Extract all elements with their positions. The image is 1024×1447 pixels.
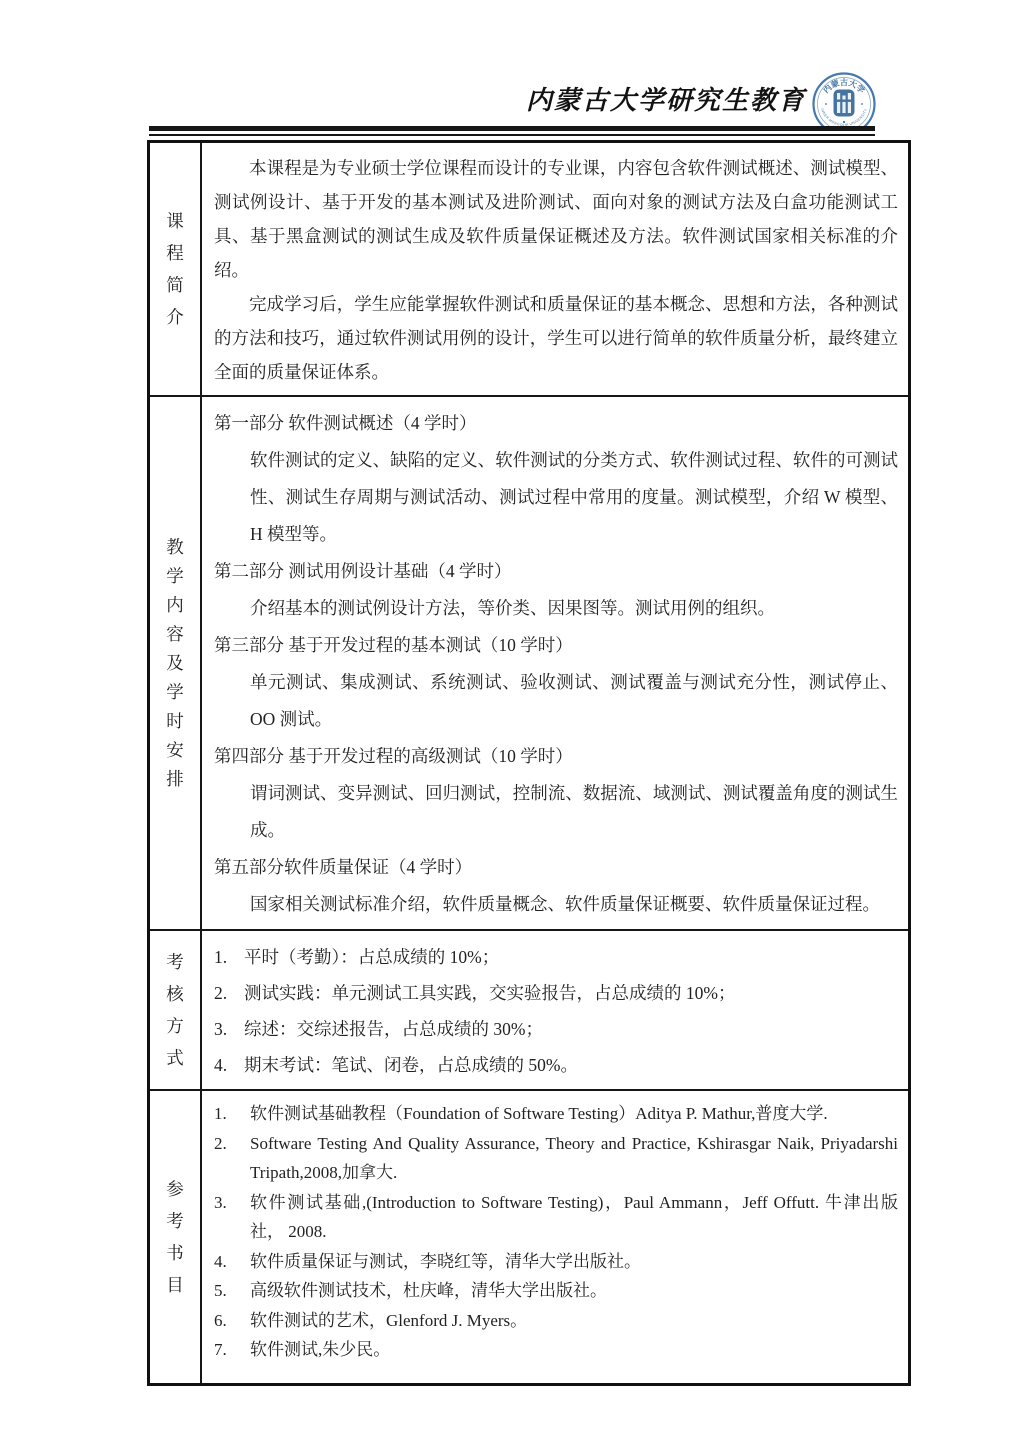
reference-item: 6. 软件测试的艺术，Glenford J. Myers。 [214,1306,898,1336]
section-heading: 第二部分 测试用例设计基础（4 学时） [214,553,898,590]
item-number: 2. [214,1129,250,1159]
reference-item: 3. 软件测试基础,(Introduction to Software Test… [214,1188,898,1247]
row-label-cell-assessment: 考核方式 [149,930,202,1090]
header-divider [149,126,875,136]
syllabus-table: 课程简介 本课程是为专业硕士学位课程而设计的专业课，内容包含软件测试概述、测试模… [147,140,911,1386]
section-heading: 第四部分 基于开发过程的高级测试（10 学时） [214,738,898,775]
course-intro-content: 本课程是为专业硕士学位课程而设计的专业课，内容包含软件测试概述、测试模型、测试例… [201,142,910,397]
item-text: 软件测试,朱少民。 [250,1335,898,1365]
row-label-course-intro: 课程简介 [164,205,186,333]
item-text: 高级软件测试技术，杜庆峰，清华大学出版社。 [250,1276,898,1306]
table-row-course-intro: 课程简介 本课程是为专业硕士学位课程而设计的专业课，内容包含软件测试概述、测试模… [149,142,910,397]
section-heading: 第一部分 软件测试概述（4 学时） [214,405,898,442]
assessment-content: 1. 平时（考勤）：占总成绩的 10%； 2. 测试实践：单元测试工具实践，交实… [201,930,910,1090]
section-body: 单元测试、集成测试、系统测试、验收测试、测试覆盖与测试充分性，测试停止、OO 测… [250,664,898,738]
reference-item: 7. 软件测试,朱少民。 [214,1335,898,1365]
reference-item: 5. 高级软件测试技术，杜庆峰，清华大学出版社。 [214,1276,898,1306]
teaching-content: 第一部分 软件测试概述（4 学时） 软件测试的定义、缺陷的定义、软件测试的分类方… [201,396,910,930]
section-heading: 第三部分 基于开发过程的基本测试（10 学时） [214,627,898,664]
course-intro-paragraph: 本课程是为专业硕士学位课程而设计的专业课，内容包含软件测试概述、测试模型、测试例… [214,151,898,287]
item-number: 2. [214,975,244,1011]
section-body: 介绍基本的测试例设计方法，等价类、因果图等。测试用例的组织。 [250,590,898,627]
section-body: 谓词测试、变异测试、回归测试，控制流、数据流、域测试、测试覆盖角度的测试生成。 [250,775,898,849]
item-text: 测试实践：单元测试工具实践，交实验报告，占总成绩的 10%； [244,975,898,1011]
section-body: 国家相关测试标准介绍，软件质量概念、软件质量保证概要、软件质量保证过程。 [250,886,898,923]
row-label-teaching-content: 教学内容及学时安排 [164,533,186,794]
table-row-teaching-content: 教学内容及学时安排 第一部分 软件测试概述（4 学时） 软件测试的定义、缺陷的定… [149,396,910,930]
item-number: 5. [214,1276,250,1306]
table-row-assessment: 考核方式 1. 平时（考勤）：占总成绩的 10%； 2. 测试实践：单元测试工具… [149,930,910,1090]
item-text: 期末考试：笔试、闭卷，占总成绩的 50%。 [244,1047,898,1083]
course-section: 第二部分 测试用例设计基础（4 学时） 介绍基本的测试例设计方法，等价类、因果图… [214,553,898,627]
item-number: 7. [214,1335,250,1365]
assessment-item: 4. 期末考试：笔试、闭卷，占总成绩的 50%。 [214,1047,898,1083]
course-section: 第一部分 软件测试概述（4 学时） 软件测试的定义、缺陷的定义、软件测试的分类方… [214,405,898,553]
assessment-item: 1. 平时（考勤）：占总成绩的 10%； [214,939,898,975]
section-body: 软件测试的定义、缺陷的定义、软件测试的分类方式、软件测试过程、软件的可测试性、测… [250,442,898,553]
reference-item: 2. Software Testing And Quality Assuranc… [214,1129,898,1188]
assessment-item: 3. 综述：交综述报告，占总成绩的 30%； [214,1011,898,1047]
document-page: 内蒙古大学研究生教育 内蒙古大学 INNER MONGOLIA UNIVERSI… [0,0,1024,1447]
item-text: 平时（考勤）：占总成绩的 10%； [244,939,898,975]
item-number: 1. [214,1099,250,1129]
table-row-references: 参考书目 1. 软件测试基础教程（Foundation of Software … [149,1090,910,1384]
item-number: 1. [214,939,244,975]
row-label-references: 参考书目 [164,1173,186,1301]
course-section: 第四部分 基于开发过程的高级测试（10 学时） 谓词测试、变异测试、回归测试，控… [214,738,898,849]
row-label-cell-references: 参考书目 [149,1090,202,1384]
course-intro-paragraph: 完成学习后，学生应能掌握软件测试和质量保证的基本概念、思想和方法，各种测试的方法… [214,287,898,389]
references-content: 1. 软件测试基础教程（Foundation of Software Testi… [201,1090,910,1384]
item-text: Software Testing And Quality Assurance, … [250,1129,898,1188]
reference-item: 1. 软件测试基础教程（Foundation of Software Testi… [214,1099,898,1129]
course-section: 第五部分软件质量保证（4 学时） 国家相关测试标准介绍，软件质量概念、软件质量保… [214,849,898,923]
item-text: 软件测试基础,(Introduction to Software Testing… [250,1188,898,1247]
item-number: 3. [214,1011,244,1047]
item-number: 4. [214,1247,250,1277]
assessment-item: 2. 测试实践：单元测试工具实践，交实验报告，占总成绩的 10%； [214,975,898,1011]
item-text: 软件测试基础教程（Foundation of Software Testing）… [250,1099,898,1129]
row-label-cell-teaching-content: 教学内容及学时安排 [149,396,202,930]
section-heading: 第五部分软件质量保证（4 学时） [214,849,898,886]
item-text: 软件质量保证与测试，李晓红等，清华大学出版社。 [250,1247,898,1277]
item-text: 软件测试的艺术，Glenford J. Myers。 [250,1306,898,1336]
course-section: 第三部分 基于开发过程的基本测试（10 学时） 单元测试、集成测试、系统测试、验… [214,627,898,738]
item-number: 4. [214,1047,244,1083]
item-number: 6. [214,1306,250,1336]
row-label-assessment: 考核方式 [164,946,186,1074]
row-label-cell-course-intro: 课程简介 [149,142,202,397]
university-header-title: 内蒙古大学研究生教育 [526,80,806,117]
item-text: 综述：交综述报告，占总成绩的 30%； [244,1011,898,1047]
item-number: 3. [214,1188,250,1218]
reference-item: 4. 软件质量保证与测试，李晓红等，清华大学出版社。 [214,1247,898,1277]
